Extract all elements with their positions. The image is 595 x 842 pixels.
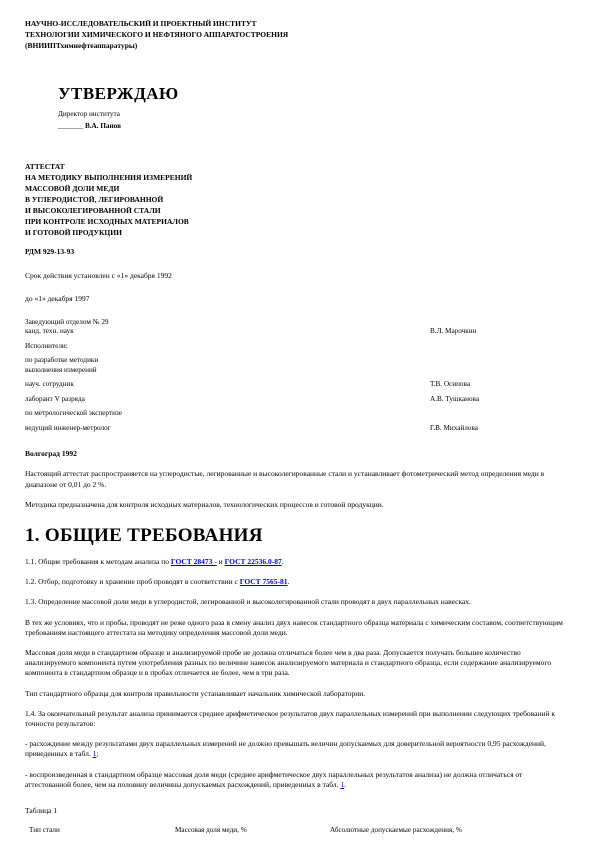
- clause-1-1-mid: и: [217, 557, 225, 566]
- clause-1-3-para-3: Массовая доля меди в стандартном образце…: [25, 648, 570, 679]
- gost-7565-link[interactable]: ГОСТ 7565-81: [240, 577, 288, 586]
- director-name: В.А. Панов: [85, 122, 121, 130]
- attestation-title-line: И ВЫСОКОЛЕГИРОВАННОЙ СТАЛИ: [25, 205, 570, 216]
- executors-label: Исполнители:: [25, 342, 570, 352]
- head-name: В.Л. Марочкин: [430, 327, 476, 337]
- dev-method-label: по разработке методики выполнения измере…: [25, 356, 570, 375]
- institute-abbreviation: (ВНИИПТхимнефтеаппаратуры): [25, 40, 570, 51]
- institute-name-line1: НАУЧНО-ИССЛЕДОВАТЕЛЬСКИЙ И ПРОЕКТНЫЙ ИНС…: [25, 18, 570, 29]
- clause-1-4: 1.4. За окончательный результат анализа …: [25, 709, 570, 729]
- institute-name-line2: ТЕХНОЛОГИИ ХИМИЧЕСКОГО И НЕФТЯНОГО АППАР…: [25, 29, 570, 40]
- clause-1-2: 1.2. Отбор, подготовку и хранение проб п…: [25, 577, 570, 587]
- table-caption: Таблица 1: [25, 806, 570, 816]
- clause-1-1: 1.1. Общие требования к методам анализа …: [25, 557, 570, 567]
- approval-signature: _______ В.А. Панов: [58, 122, 570, 132]
- clause-1-1-text: 1.1. Общие требования к методам анализа …: [25, 557, 171, 566]
- approval-role: Директор института: [58, 110, 570, 120]
- table-header-allowed-discrepancy: Абсолютные допускаемые расхождения, %: [330, 826, 570, 836]
- signature-row-lab: лаборант V разряда А.В. Тушканова: [25, 395, 570, 405]
- attestation-title-line: И ГОТОВОЙ ПРОДУКЦИИ: [25, 227, 570, 238]
- attestation-title-line: МАССОВОЙ ДОЛИ МЕДИ: [25, 183, 570, 194]
- intro-paragraph-2: Методика предназначена для контроля исхо…: [25, 500, 570, 510]
- clause-1-4-bullet-1: - расхождение между результатами двух па…: [25, 739, 570, 759]
- place-year: Волгоград 1992: [25, 449, 570, 459]
- table-header-row: Тип стали Массовая доля меди, % Абсолютн…: [25, 826, 570, 836]
- clause-1-1-end: .: [282, 557, 284, 566]
- lab-role: лаборант V разряда: [25, 395, 570, 405]
- clause-1-2-text: 1.2. Отбор, подготовку и хранение проб п…: [25, 577, 240, 586]
- clause-1-4-bullet-2: - воспроизведенная в стандартном образце…: [25, 770, 570, 790]
- approval-block: УТВЕРЖДАЮ Директор института _______ В.А…: [58, 84, 570, 131]
- dev-label-line1: по разработке методики: [25, 356, 570, 366]
- signature-row-researcher: науч. сотрудник Т.В. Осипова: [25, 380, 570, 390]
- validity-to: до «1» декабря 1997: [25, 294, 570, 304]
- clause-1-3-para-4: Тип стандартного образца для контроля пр…: [25, 689, 570, 699]
- engineer-role: ведущий инженер-метролог: [25, 424, 570, 434]
- bullet-1-end: ;: [96, 749, 98, 758]
- gost-22536-link[interactable]: ГОСТ 22536.0-87: [225, 557, 282, 566]
- validity-from: Срок действия установлен с «1» декабря 1…: [25, 271, 570, 281]
- table-header-copper-fraction: Массовая доля меди, %: [175, 826, 330, 836]
- dev-label-line2: выполнения измерений: [25, 366, 570, 376]
- bullet-2-end: .: [344, 780, 346, 789]
- signature-row-engineer: ведущий инженер-метролог Г.В. Михайлова: [25, 424, 570, 434]
- attestation-title-block: АТТЕСТАТ НА МЕТОДИКУ ВЫПОЛНЕНИЯ ИЗМЕРЕНИ…: [25, 161, 570, 238]
- bullet-2-text: - воспроизведенная в стандартном образце…: [25, 770, 522, 789]
- clause-1-2-end: .: [288, 577, 290, 586]
- clause-1-3: 1.3. Определение массовой доли меди в уг…: [25, 597, 570, 607]
- section-1-heading: 1. ОБЩИЕ ТРЕБОВАНИЯ: [25, 524, 570, 547]
- institute-header: НАУЧНО-ИССЛЕДОВАТЕЛЬСКИЙ И ПРОЕКТНЫЙ ИНС…: [25, 18, 570, 51]
- researcher-name: Т.В. Осипова: [430, 380, 470, 390]
- signatures-block: Заведующий отделом № 29 канд. техн. наук…: [25, 318, 570, 434]
- attestation-title-line: НА МЕТОДИКУ ВЫПОЛНЕНИЯ ИЗМЕРЕНИЙ: [25, 172, 570, 183]
- attestation-title-line: В УГЛЕРОДИСТОЙ, ЛЕГИРОВАННОЙ: [25, 194, 570, 205]
- document-number: РДМ 929-13-93: [25, 247, 570, 257]
- bullet-1-text: - расхождение между результатами двух па…: [25, 739, 546, 758]
- attestation-title-line: ПРИ КОНТРОЛЕ ИСХОДНЫХ МАТЕРИАЛОВ: [25, 216, 570, 227]
- head-role-line2: канд. техн. наук: [25, 327, 570, 337]
- lab-name: А.В. Тушканова: [430, 395, 479, 405]
- approval-title: УТВЕРЖДАЮ: [58, 84, 570, 104]
- signature-row-head: Заведующий отделом № 29 канд. техн. наук…: [25, 318, 570, 337]
- clause-1-3-para-2: В тех же условиях, что и пробы, проводят…: [25, 618, 570, 638]
- researcher-role: науч. сотрудник: [25, 380, 570, 390]
- gost-28473-link[interactable]: ГОСТ 28473 -: [171, 557, 217, 566]
- metrology-label: по метрологической экспертизе: [25, 409, 570, 419]
- document-page: НАУЧНО-ИССЛЕДОВАТЕЛЬСКИЙ И ПРОЕКТНЫЙ ИНС…: [0, 0, 595, 842]
- table-header-steel-type: Тип стали: [29, 826, 175, 836]
- signature-blank-line: _______: [58, 122, 83, 130]
- attestation-title-line: АТТЕСТАТ: [25, 161, 570, 172]
- intro-paragraph-1: Настоящий аттестат распространяется на у…: [25, 469, 570, 489]
- head-role-line1: Заведующий отделом № 29: [25, 318, 570, 328]
- engineer-name: Г.В. Михайлова: [430, 424, 478, 434]
